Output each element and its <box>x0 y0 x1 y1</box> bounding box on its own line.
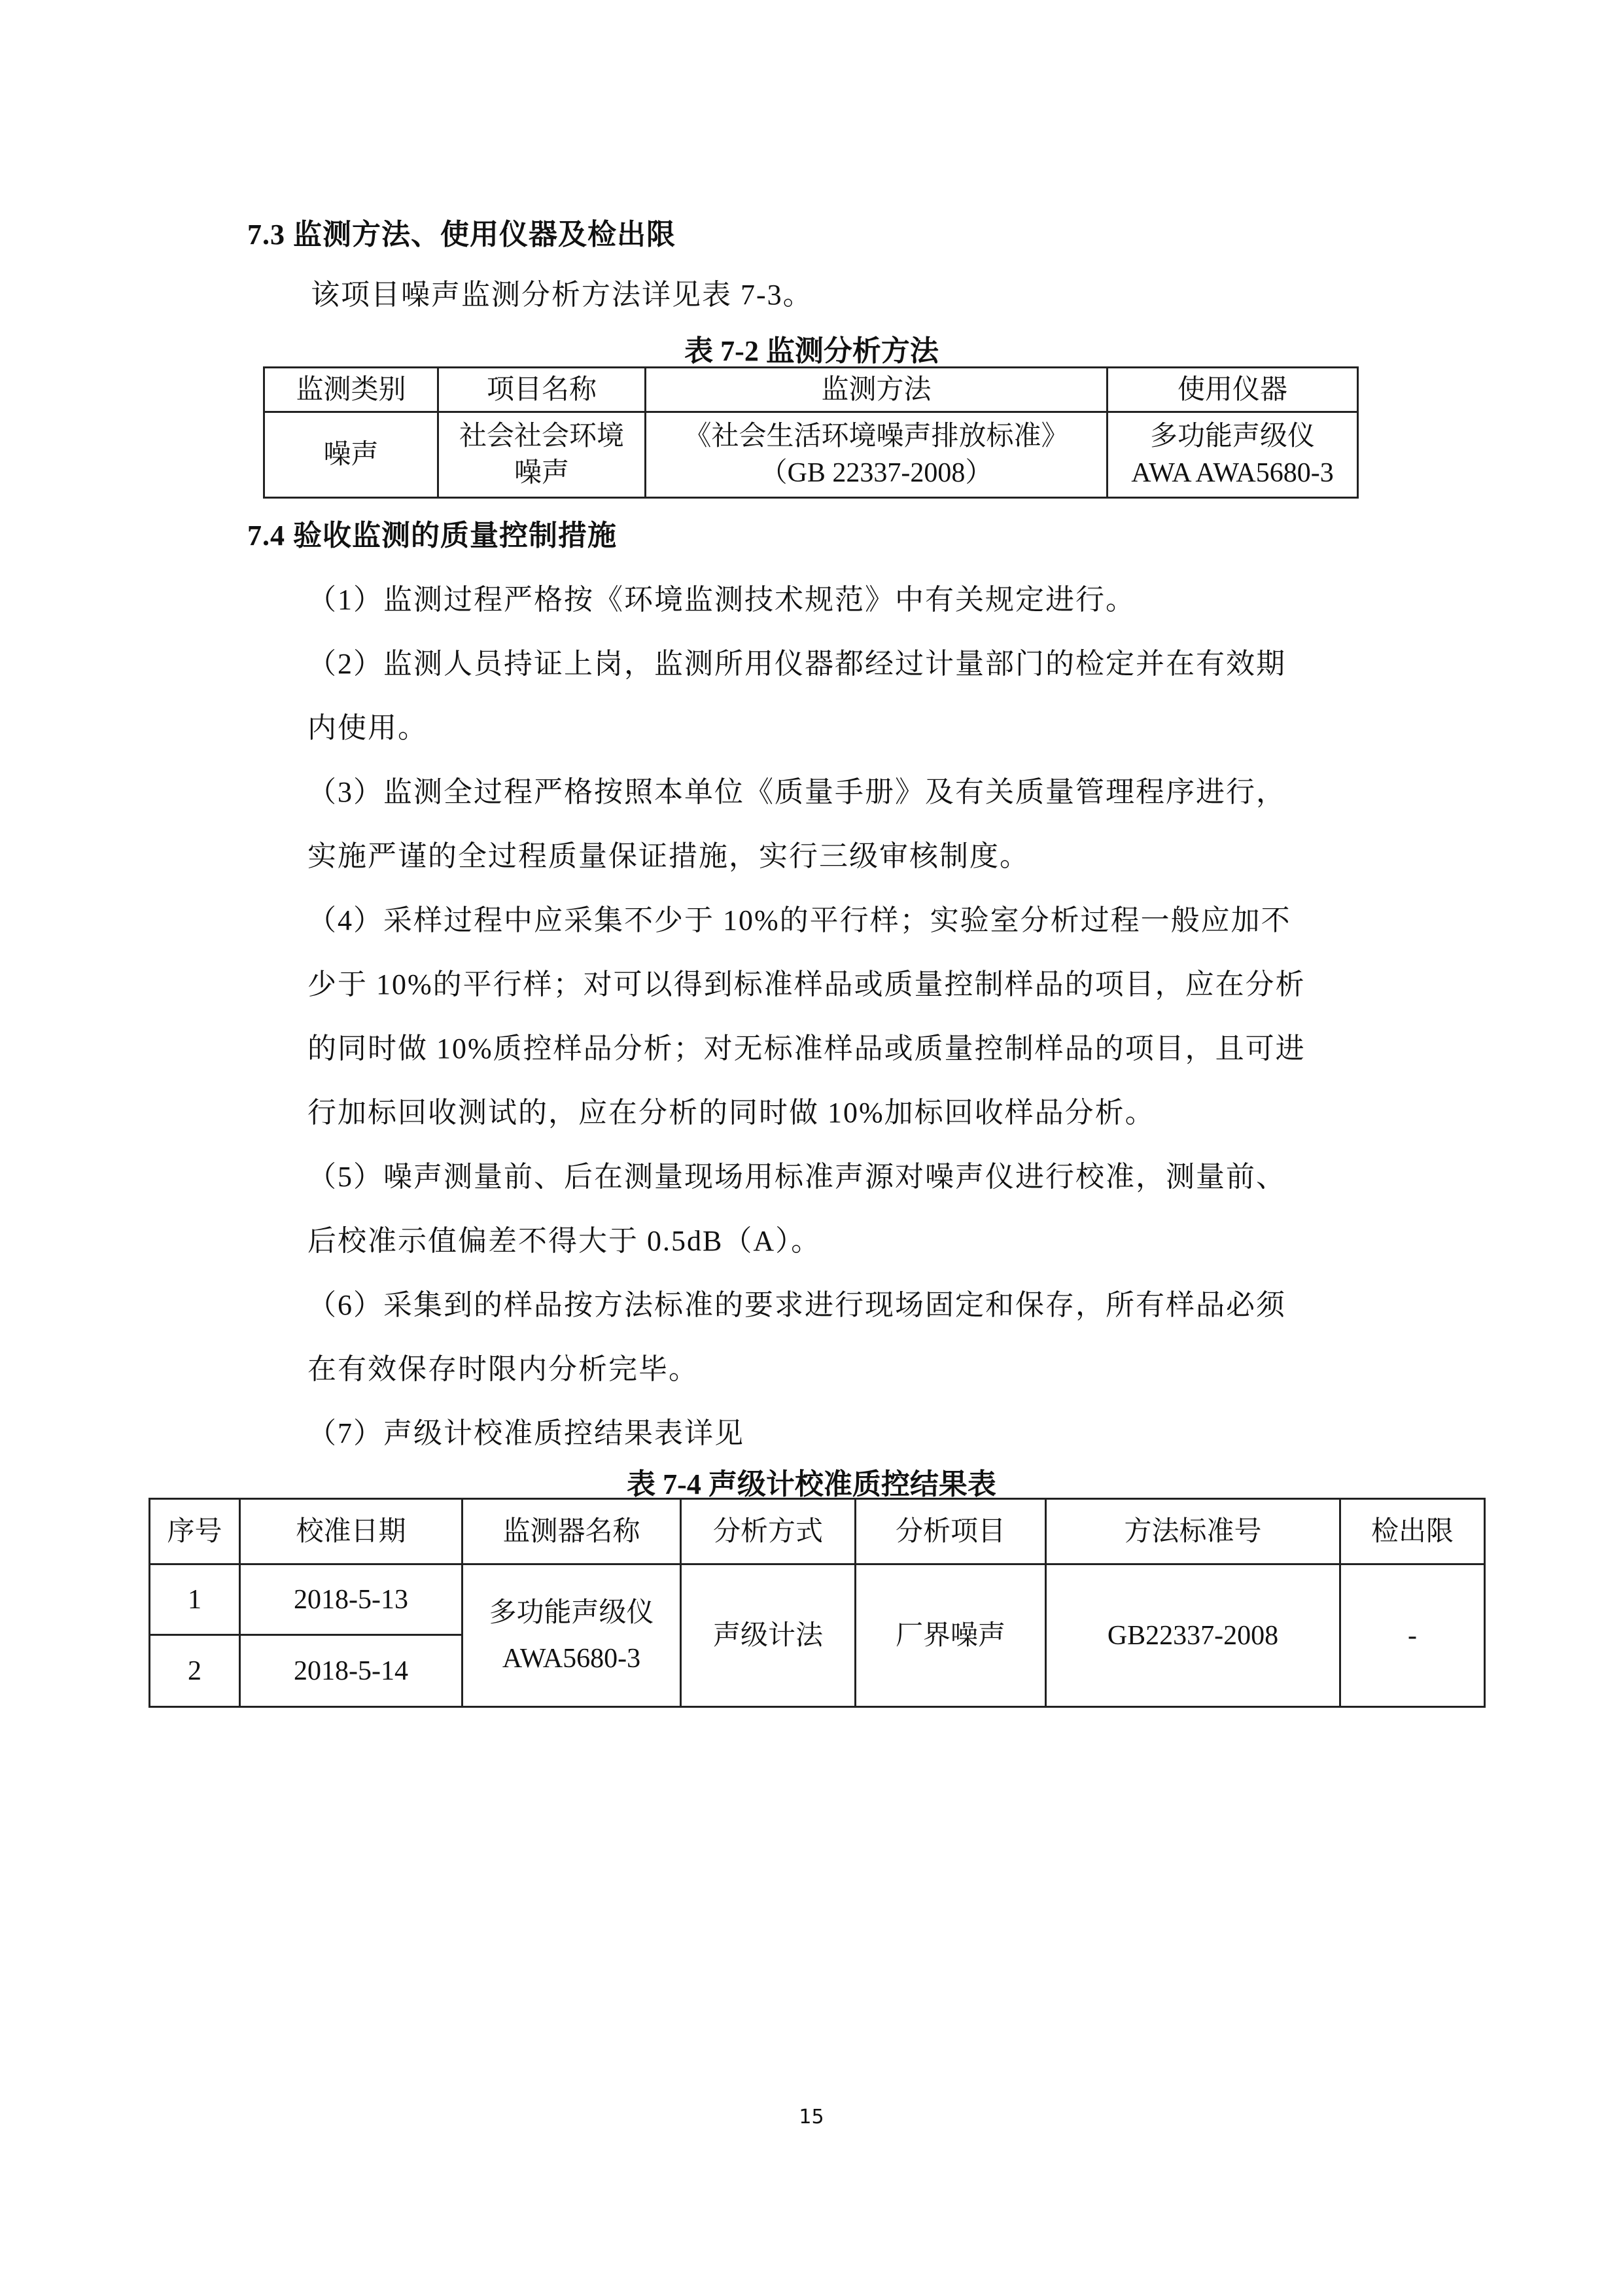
qc-line-1: （1）监测过程严格按《环境监测技术规范》中有关规定进行。 <box>307 576 1136 618</box>
cell-instrument-line1: 多功能声级仪 <box>463 1590 680 1636</box>
cell-instrument: 多功能声级仪 AWA AWA5680-3 <box>1108 412 1358 498</box>
cell-no: 2 <box>150 1635 240 1707</box>
section-7-4-heading: 7.4 验收监测的质量控制措施 <box>247 512 617 554</box>
table-row: 噪声 社会社会环境 噪声 《社会生活环境噪声排放标准》 （GB 22337-20… <box>264 412 1358 498</box>
table-7-4-header-instrument: 监测器名称 <box>462 1499 681 1564</box>
cell-item-line2: 噪声 <box>439 455 644 491</box>
qc-line-12: （6）采集到的样品按方法标准的要求进行现场固定和保存，所有样品必须 <box>307 1281 1286 1323</box>
cell-instrument: 多功能声级仪 AWA5680-3 <box>462 1564 681 1707</box>
cell-item: 社会社会环境 噪声 <box>438 412 646 498</box>
table-7-4-header-date: 校准日期 <box>240 1499 462 1564</box>
cell-item: 厂界噪声 <box>856 1564 1046 1707</box>
cell-method-line1: 《社会生活环境噪声排放标准》 <box>646 418 1106 455</box>
table-7-2: 监测类别 项目名称 监测方法 使用仪器 噪声 社会社会环境 噪声 《社会生活环境… <box>263 366 1359 499</box>
qc-line-14: （7）声级计校准质控结果表详见 <box>307 1409 744 1451</box>
cell-instrument-line2: AWA5680-3 <box>463 1636 680 1682</box>
table-7-2-header-method: 监测方法 <box>646 368 1108 412</box>
table-7-4-header-item: 分析项目 <box>856 1499 1046 1564</box>
cell-category: 噪声 <box>264 412 438 498</box>
cell-instrument-line2: AWA AWA5680-3 <box>1108 455 1357 491</box>
table-7-4-header-method: 分析方式 <box>681 1499 856 1564</box>
table-7-2-header-instrument: 使用仪器 <box>1108 368 1358 412</box>
page-number: 15 <box>0 2106 1623 2128</box>
table-7-4-caption: 表 7-4 声级计校准质控结果表 <box>0 1460 1623 1502</box>
cell-item-line1: 社会社会环境 <box>439 418 644 455</box>
qc-line-7: 少于 10%的平行样；对可以得到标准样品或质量控制样品的项目，应在分析 <box>307 961 1306 1002</box>
table-7-2-caption: 表 7-2 监测分析方法 <box>0 327 1623 369</box>
table-7-4-header-no: 序号 <box>150 1499 240 1564</box>
cell-instrument-line1: 多功能声级仪 <box>1108 418 1357 455</box>
qc-line-8: 的同时做 10%质控样品分析；对无标准样品或质量控制样品的项目，且可进 <box>307 1025 1306 1067</box>
cell-date: 2018-5-13 <box>240 1564 462 1635</box>
table-7-4-header-standard: 方法标准号 <box>1046 1499 1340 1564</box>
qc-line-11: 后校准示值偏差不得大于 0.5dB（A）。 <box>307 1217 821 1259</box>
cell-method-line2: （GB 22337-2008） <box>646 455 1106 491</box>
qc-line-10: （5）噪声测量前、后在测量现场用标准声源对噪声仪进行校准，测量前、 <box>307 1153 1286 1195</box>
qc-line-6: （4）采样过程中应采集不少于 10%的平行样；实验室分析过程一般应加不 <box>307 896 1291 938</box>
cell-limit: - <box>1340 1564 1485 1707</box>
qc-line-2: （2）监测人员持证上岗，监测所用仪器都经过计量部门的检定并在有效期 <box>307 640 1286 682</box>
qc-line-5: 实施严谨的全过程质量保证措施，实行三级审核制度。 <box>307 832 1030 874</box>
qc-line-13: 在有效保存时限内分析完毕。 <box>307 1345 699 1387</box>
table-7-2-header-item: 项目名称 <box>438 368 646 412</box>
table-row: 1 2018-5-13 多功能声级仪 AWA5680-3 声级计法 厂界噪声 G… <box>150 1564 1485 1635</box>
table-7-4-header-limit: 检出限 <box>1340 1499 1485 1564</box>
cell-no: 1 <box>150 1564 240 1635</box>
qc-line-9: 行加标回收测试的，应在分析的同时做 10%加标回收样品分析。 <box>307 1089 1155 1131</box>
qc-line-4: （3）监测全过程严格按照本单位《质量手册》及有关质量管理程序进行， <box>307 768 1286 810</box>
cell-standard: GB22337-2008 <box>1046 1564 1340 1707</box>
table-7-2-header-category: 监测类别 <box>264 368 438 412</box>
table-7-4: 序号 校准日期 监测器名称 分析方式 分析项目 方法标准号 检出限 1 2018… <box>148 1498 1486 1708</box>
qc-line-3: 内使用。 <box>307 704 428 746</box>
cell-method: 声级计法 <box>681 1564 856 1707</box>
section-7-3-heading: 7.3 监测方法、使用仪器及检出限 <box>247 211 676 253</box>
cell-date: 2018-5-14 <box>240 1635 462 1707</box>
cell-method: 《社会生活环境噪声排放标准》 （GB 22337-2008） <box>646 412 1108 498</box>
section-7-3-intro: 该项目噪声监测分析方法详见表 7-3。 <box>311 271 813 313</box>
